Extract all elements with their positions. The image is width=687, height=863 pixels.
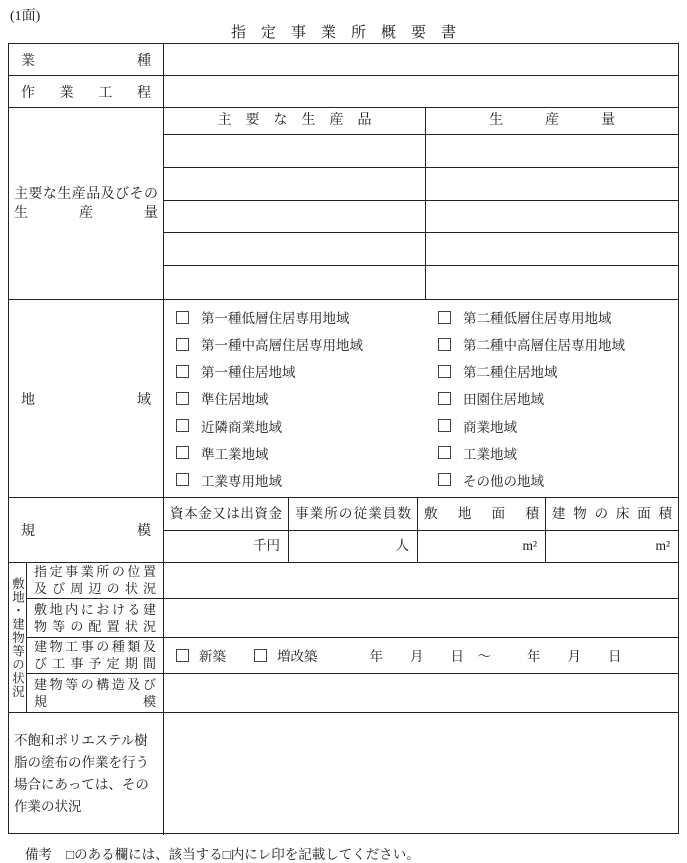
district-option: 工業地域	[438, 443, 678, 463]
district-option-label: 近隣商業地域	[201, 416, 282, 436]
district-option: その他の地域	[438, 470, 678, 490]
construction-period-end: 年 月 日	[527, 645, 622, 665]
production-quantity-cell[interactable]	[426, 168, 678, 200]
district-option-label: 準工業地域	[201, 443, 269, 463]
district-label: 地域	[9, 389, 163, 409]
district-section: 地域 第一種低層住居専用地域 第一種中高層住居専用地域 第一種住居地域	[9, 300, 678, 498]
form-table: 業種 作業工程 主要な生産品及びその 生産量 主 要 な 生 産 品 生 産 量	[8, 43, 679, 834]
district-options-left: 第一種低層住居専用地域 第一種中高層住居専用地域 第一種住居地域 準住居地域 近…	[176, 307, 438, 490]
product-name-cell[interactable]	[164, 266, 426, 299]
products-section: 主要な生産品及びその 生産量 主 要 な 生 産 品 生 産 量	[9, 108, 678, 300]
district-option: 第二種中高層住居専用地域	[438, 334, 678, 354]
capital-value-cell[interactable]: 千円	[164, 531, 289, 562]
checkbox-district-right-6[interactable]	[438, 446, 451, 459]
structure-label: 建物等の構造及び 規模	[27, 674, 164, 712]
construction-value-cell: 新築 増改築 年 月 日 ～ 年 月 日	[164, 638, 678, 674]
district-option-label: 準住居地域	[201, 388, 269, 408]
product-row-1	[164, 135, 678, 168]
site-layout-label: 敷地内における建 物等の配置状況	[27, 599, 164, 637]
checkbox-district-left-7[interactable]	[176, 473, 189, 486]
checkbox-district-right-2[interactable]	[438, 338, 451, 351]
employees-unit: 人	[396, 538, 410, 553]
product-name-cell[interactable]	[164, 168, 426, 200]
district-option-label: 工業専用地域	[201, 470, 282, 490]
district-option-label: 第二種低層住居専用地域	[463, 307, 612, 327]
district-option-label: 第二種住居地域	[463, 361, 558, 381]
employees-header: 事業所の従業員数	[289, 498, 418, 531]
products-label-cell: 主要な生産品及びその 生産量	[9, 108, 164, 299]
checkbox-district-left-4[interactable]	[176, 392, 189, 405]
site-location-label: 指定事業所の位置 及び周辺の状況	[27, 563, 164, 598]
products-table: 主 要 な 生 産 品 生 産 量	[164, 108, 678, 299]
product-name-cell[interactable]	[164, 201, 426, 233]
remarks-text: □のある欄には、該当する□内にレ印を記載してください。	[66, 843, 420, 863]
district-option-label: 第一種中高層住居専用地域	[201, 334, 363, 354]
district-option-label: 第一種低層住居専用地域	[201, 307, 350, 327]
production-quantity-header: 生 産 量	[426, 108, 678, 134]
floor-area-header: 建物の床面積	[546, 498, 678, 531]
district-option-label: 商業地域	[463, 416, 517, 436]
district-option: 第一種低層住居専用地域	[176, 307, 438, 327]
product-row-3	[164, 201, 678, 234]
employees-value-cell[interactable]: 人	[289, 531, 418, 562]
construction-new-label: 新築	[199, 645, 226, 665]
checkbox-construction-new[interactable]	[176, 649, 189, 662]
floor-area-value-cell[interactable]: m²	[546, 531, 678, 562]
district-option: 第一種中高層住居専用地域	[176, 334, 438, 354]
remarks: 備考 □のある欄には、該当する□内にレ印を記載してください。	[25, 843, 420, 863]
capital-unit: 千円	[253, 538, 280, 553]
production-quantity-cell[interactable]	[426, 233, 678, 265]
checkbox-district-right-7[interactable]	[438, 473, 451, 486]
production-quantity-cell[interactable]	[426, 135, 678, 167]
construction-period-start: 年 月 日 ～	[370, 645, 492, 665]
polyester-section: 不飽和ポリエステル樹 脂の塗布の作業を行う 場合にあっては、その 作業の状況	[9, 713, 678, 835]
product-row-5	[164, 266, 678, 299]
checkbox-district-left-5[interactable]	[176, 419, 189, 432]
site-section: 敷地・建物等の状況 指定事業所の位置 及び周辺の状況 敷地内における建 物等の配…	[9, 563, 678, 713]
industry-value-cell[interactable]	[164, 44, 678, 75]
scale-table: 資本金又は出資金 事業所の従業員数 敷地面積 建物の床面積 千円 人 m² m²	[164, 498, 678, 562]
district-option: 準工業地域	[176, 443, 438, 463]
district-option-label: 第一種住居地域	[201, 361, 296, 381]
site-area-header: 敷地面積	[418, 498, 546, 531]
scale-label: 規模	[9, 520, 163, 540]
site-area-value-cell[interactable]: m²	[418, 531, 546, 562]
district-option: 近隣商業地域	[176, 416, 438, 436]
checkbox-construction-remodel[interactable]	[254, 649, 267, 662]
construction-row: 建物工事の種類及 び工事予定期間 新築 増改築 年 月 日 ～ 年 月 日	[27, 638, 678, 675]
products-header-row: 主 要 な 生 産 品 生 産 量	[164, 108, 678, 135]
scale-label-cell: 規模	[9, 498, 164, 562]
site-sidebar-label: 敷地・建物等の状況	[9, 577, 27, 699]
capital-header: 資本金又は出資金	[164, 498, 289, 531]
district-option: 商業地域	[438, 416, 678, 436]
structure-value-cell[interactable]	[164, 674, 678, 712]
process-label-cell: 作業工程	[9, 76, 164, 107]
industry-label-cell: 業種	[9, 44, 164, 75]
construction-remodel-label: 増改築	[277, 645, 318, 665]
checkbox-district-right-3[interactable]	[438, 365, 451, 378]
checkbox-district-left-6[interactable]	[176, 446, 189, 459]
process-value-cell[interactable]	[164, 76, 678, 107]
industry-label: 業種	[9, 50, 163, 70]
construction-label: 建物工事の種類及 び工事予定期間	[27, 638, 164, 674]
site-location-row: 指定事業所の位置 及び周辺の状況	[27, 563, 678, 599]
district-options: 第一種低層住居専用地域 第一種中高層住居専用地域 第一種住居地域 準住居地域 近…	[164, 300, 678, 497]
checkbox-district-left-1[interactable]	[176, 311, 189, 324]
district-option-label: 工業地域	[463, 443, 517, 463]
district-option-label: 田園住居地域	[463, 388, 544, 408]
checkbox-district-right-1[interactable]	[438, 311, 451, 324]
scale-section: 規模 資本金又は出資金 事業所の従業員数 敷地面積 建物の床面積 千円 人 m²…	[9, 498, 678, 563]
floor-area-unit: m²	[655, 538, 670, 553]
site-sidebar-cell: 敷地・建物等の状況	[9, 563, 27, 712]
site-area-unit: m²	[522, 538, 537, 553]
district-option: 第一種住居地域	[176, 361, 438, 381]
site-layout-row: 敷地内における建 物等の配置状況	[27, 599, 678, 638]
polyester-value-cell[interactable]	[164, 713, 678, 835]
product-row-2	[164, 168, 678, 201]
production-quantity-cell[interactable]	[426, 201, 678, 233]
product-name-cell[interactable]	[164, 135, 426, 167]
checkbox-district-right-5[interactable]	[438, 419, 451, 432]
district-option-label: その他の地域	[463, 470, 544, 490]
process-label: 作業工程	[9, 82, 163, 102]
site-location-value-cell[interactable]	[164, 563, 678, 598]
checkbox-district-left-3[interactable]	[176, 365, 189, 378]
district-option: 工業専用地域	[176, 470, 438, 490]
industry-row: 業種	[9, 44, 678, 76]
site-layout-value-cell[interactable]	[164, 599, 678, 637]
structure-row: 建物等の構造及び 規模	[27, 674, 678, 712]
district-option: 第二種低層住居専用地域	[438, 307, 678, 327]
production-quantity-cell[interactable]	[426, 266, 678, 299]
checkbox-district-left-2[interactable]	[176, 338, 189, 351]
district-label-cell: 地域	[9, 300, 164, 497]
remarks-label: 備考	[25, 843, 52, 863]
product-name-header: 主 要 な 生 産 品	[164, 108, 426, 134]
process-row: 作業工程	[9, 76, 678, 108]
checkbox-district-right-4[interactable]	[438, 392, 451, 405]
district-options-right: 第二種低層住居専用地域 第二種中高層住居専用地域 第二種住居地域 田園住居地域 …	[438, 307, 678, 490]
product-name-cell[interactable]	[164, 233, 426, 265]
district-option-label: 第二種中高層住居専用地域	[463, 334, 625, 354]
products-label: 主要な生産品及びその 生産量	[9, 185, 163, 223]
district-option: 準住居地域	[176, 388, 438, 408]
product-row-4	[164, 233, 678, 266]
form-title: 指 定 事 業 所 概 要 書	[0, 21, 687, 42]
district-option: 田園住居地域	[438, 388, 678, 408]
district-option: 第二種住居地域	[438, 361, 678, 381]
site-rows: 指定事業所の位置 及び周辺の状況 敷地内における建 物等の配置状況 建物工事の種…	[27, 563, 678, 712]
polyester-label: 不飽和ポリエステル樹 脂の塗布の作業を行う 場合にあっては、その 作業の状況	[9, 713, 164, 835]
